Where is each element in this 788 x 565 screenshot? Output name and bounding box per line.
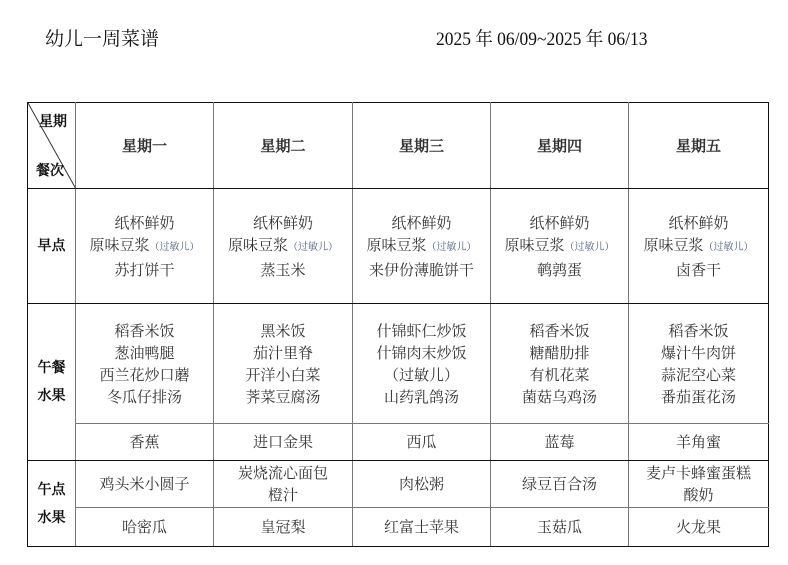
header-row: 星期 餐次 星期一 星期二 星期三 星期四 星期五 bbox=[28, 103, 769, 189]
menu-item: 鹌鹑蛋 bbox=[491, 259, 628, 281]
breakfast-cell-fri: 纸杯鲜奶 原味豆浆（过敏儿） 卤香干 bbox=[629, 189, 769, 304]
allergy-note: （过敏儿） bbox=[288, 242, 338, 253]
allergy-note: （过敏儿） bbox=[427, 242, 477, 253]
menu-item: 纸杯鲜奶 bbox=[214, 212, 352, 234]
allergy-note: （过敏儿） bbox=[704, 242, 754, 253]
lunch-fruit-thu: 蓝莓 bbox=[491, 424, 629, 461]
menu-item: 原味豆浆 bbox=[643, 236, 703, 254]
menu-item: 原味豆浆 bbox=[228, 236, 288, 254]
snack-fruit-row: 哈密瓜 皇冠梨 红富士苹果 玉菇瓜 火龙果 bbox=[28, 508, 769, 547]
day-header-mon: 星期一 bbox=[76, 103, 214, 189]
snack-fruit-fri: 火龙果 bbox=[629, 508, 769, 547]
lunch-row: 午餐 水果 稻香米饭葱油鸭腿西兰花炒口蘑冬瓜仔排汤 黑米饭茄汁里脊开洋小白菜荠菜… bbox=[28, 304, 769, 424]
page-title: 幼儿一周菜谱 bbox=[45, 24, 159, 51]
menu-item: 纸杯鲜奶 bbox=[629, 212, 768, 234]
lunch-cell-thu: 稻香米饭糖醋肋排有机花菜菌菇乌鸡汤 bbox=[491, 304, 629, 424]
lunch-fruit-mon: 香蕉 bbox=[76, 424, 214, 461]
menu-item: 原味豆浆 bbox=[366, 236, 426, 254]
menu-item: 纸杯鲜奶 bbox=[76, 212, 213, 234]
breakfast-row: 早点 纸杯鲜奶 原味豆浆（过敏儿） 苏打饼干 纸杯鲜奶 原味豆浆（过敏儿） 蒸玉… bbox=[28, 189, 769, 304]
snack-cell-tue: 炭烧流心面包橙汁 bbox=[214, 461, 353, 508]
day-header-wed: 星期三 bbox=[353, 103, 491, 189]
lunch-cell-wed: 什锦虾仁炒饭什锦肉末炒饭（过敏儿）山药乳鸽汤 bbox=[353, 304, 491, 424]
menu-item: 纸杯鲜奶 bbox=[491, 212, 628, 234]
snack-cell-mon: 鸡头米小圆子 bbox=[76, 461, 214, 508]
breakfast-label: 早点 bbox=[28, 189, 76, 304]
allergy-note: （过敏儿） bbox=[565, 242, 615, 253]
menu-item: 原味豆浆 bbox=[89, 236, 149, 254]
menu-item: 原味豆浆 bbox=[504, 236, 564, 254]
snack-fruit-mon: 哈密瓜 bbox=[76, 508, 214, 547]
menu-item: 卤香干 bbox=[629, 259, 768, 281]
menu-item: 苏打饼干 bbox=[76, 259, 213, 281]
breakfast-cell-thu: 纸杯鲜奶 原味豆浆（过敏儿） 鹌鹑蛋 bbox=[491, 189, 629, 304]
date-range: 2025 年 06/09~2025 年 06/13 bbox=[436, 24, 647, 51]
corner-day-label: 星期 bbox=[39, 111, 67, 133]
menu-item: 蒸玉米 bbox=[214, 259, 352, 281]
snack-cell-wed: 肉松粥 bbox=[353, 461, 491, 508]
lunch-fruit-wed: 西瓜 bbox=[353, 424, 491, 461]
breakfast-cell-wed: 纸杯鲜奶 原味豆浆（过敏儿） 来伊份薄脆饼干 bbox=[353, 189, 491, 304]
snack-fruit-wed: 红富士苹果 bbox=[353, 508, 491, 547]
snack-row: 午点 水果 鸡头米小圆子 炭烧流心面包橙汁 肉松粥 绿豆百合汤 麦卢卡蜂蜜蛋糕酸… bbox=[28, 461, 769, 508]
snack-cell-thu: 绿豆百合汤 bbox=[491, 461, 629, 508]
corner-meal-label: 餐次 bbox=[36, 160, 64, 182]
day-header-fri: 星期五 bbox=[629, 103, 769, 189]
weekly-menu-table: 星期 餐次 星期一 星期二 星期三 星期四 星期五 早点 纸杯鲜奶 原味豆浆（过… bbox=[27, 102, 769, 547]
menu-item: 纸杯鲜奶 bbox=[353, 212, 490, 234]
lunch-fruit-tue: 进口金果 bbox=[214, 424, 353, 461]
day-header-tue: 星期二 bbox=[214, 103, 353, 189]
breakfast-cell-tue: 纸杯鲜奶 原味豆浆（过敏儿） 蒸玉米 bbox=[214, 189, 353, 304]
snack-label: 午点 水果 bbox=[28, 461, 76, 547]
breakfast-cell-mon: 纸杯鲜奶 原味豆浆（过敏儿） 苏打饼干 bbox=[76, 189, 214, 304]
lunch-cell-tue: 黑米饭茄汁里脊开洋小白菜荠菜豆腐汤 bbox=[214, 304, 353, 424]
lunch-fruit-row: 香蕉 进口金果 西瓜 蓝莓 羊角蜜 bbox=[28, 424, 769, 461]
lunch-cell-fri: 稻香米饭爆汁牛肉饼蒜泥空心菜番茄蛋花汤 bbox=[629, 304, 769, 424]
lunch-fruit-fri: 羊角蜜 bbox=[629, 424, 769, 461]
snack-cell-fri: 麦卢卡蜂蜜蛋糕酸奶 bbox=[629, 461, 769, 508]
lunch-label: 午餐 水果 bbox=[28, 304, 76, 461]
snack-fruit-thu: 玉菇瓜 bbox=[491, 508, 629, 547]
snack-fruit-tue: 皇冠梨 bbox=[214, 508, 353, 547]
allergy-note: （过敏儿） bbox=[150, 242, 200, 253]
day-header-thu: 星期四 bbox=[491, 103, 629, 189]
menu-item: 来伊份薄脆饼干 bbox=[353, 259, 490, 281]
corner-cell: 星期 餐次 bbox=[28, 103, 76, 189]
lunch-cell-mon: 稻香米饭葱油鸭腿西兰花炒口蘑冬瓜仔排汤 bbox=[76, 304, 214, 424]
